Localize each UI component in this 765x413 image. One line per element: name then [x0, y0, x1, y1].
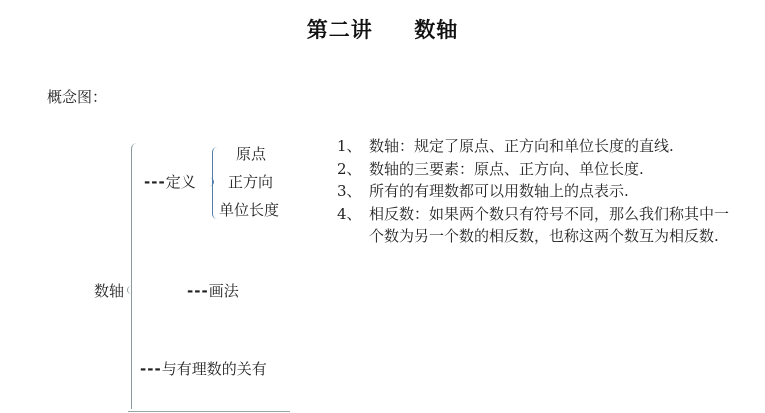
- branch-label: 画法: [209, 282, 239, 300]
- branch-dash: ---: [140, 360, 162, 378]
- note-number: 4、: [337, 203, 369, 248]
- branch-label: 与有理数的关有: [162, 360, 267, 378]
- branch-drawing: ---画法: [187, 280, 239, 301]
- note-number: 2、: [337, 158, 369, 181]
- child-positive-direction: 正方向: [228, 171, 273, 192]
- note-text: 数轴的三要素：原点、正方向、单位长度.: [369, 158, 737, 181]
- branch-dash: ---: [144, 173, 166, 191]
- root-node: 数轴: [94, 280, 124, 301]
- page-title: 第二讲 数轴: [0, 14, 765, 44]
- note-item: 2、 数轴的三要素：原点、正方向、单位长度.: [337, 158, 737, 181]
- main-brace-tip: [127, 286, 133, 294]
- branch-relation: ---与有理数的关有: [140, 358, 267, 379]
- note-item: 3、 所有的有理数都可以用数轴上的点表示.: [337, 180, 737, 203]
- note-text: 数轴：规定了原点、正方向和单位长度的直线.: [369, 135, 737, 158]
- note-text: 所有的有理数都可以用数轴上的点表示.: [369, 180, 737, 203]
- branch-definition: ---定义: [144, 171, 196, 192]
- note-item: 1、 数轴：规定了原点、正方向和单位长度的直线.: [337, 135, 737, 158]
- note-item: 4、 相反数：如果两个数只有符号不同，那么我们称其中一个数为另一个数的相反数，也…: [337, 203, 737, 248]
- bottom-rule: [128, 411, 290, 412]
- note-number: 3、: [337, 180, 369, 203]
- note-text: 相反数：如果两个数只有符号不同，那么我们称其中一个数为另一个数的相反数，也称这两…: [369, 203, 737, 248]
- branch-label: 定义: [166, 173, 196, 191]
- note-number: 1、: [337, 135, 369, 158]
- main-brace: [131, 143, 138, 409]
- notes-list: 1、 数轴：规定了原点、正方向和单位长度的直线. 2、 数轴的三要素：原点、正方…: [337, 135, 737, 248]
- concept-map-label: 概念图：: [47, 86, 107, 107]
- branch-dash: ---: [187, 282, 209, 300]
- child-origin: 原点: [236, 143, 266, 164]
- child-unit-length: 单位长度: [219, 199, 279, 220]
